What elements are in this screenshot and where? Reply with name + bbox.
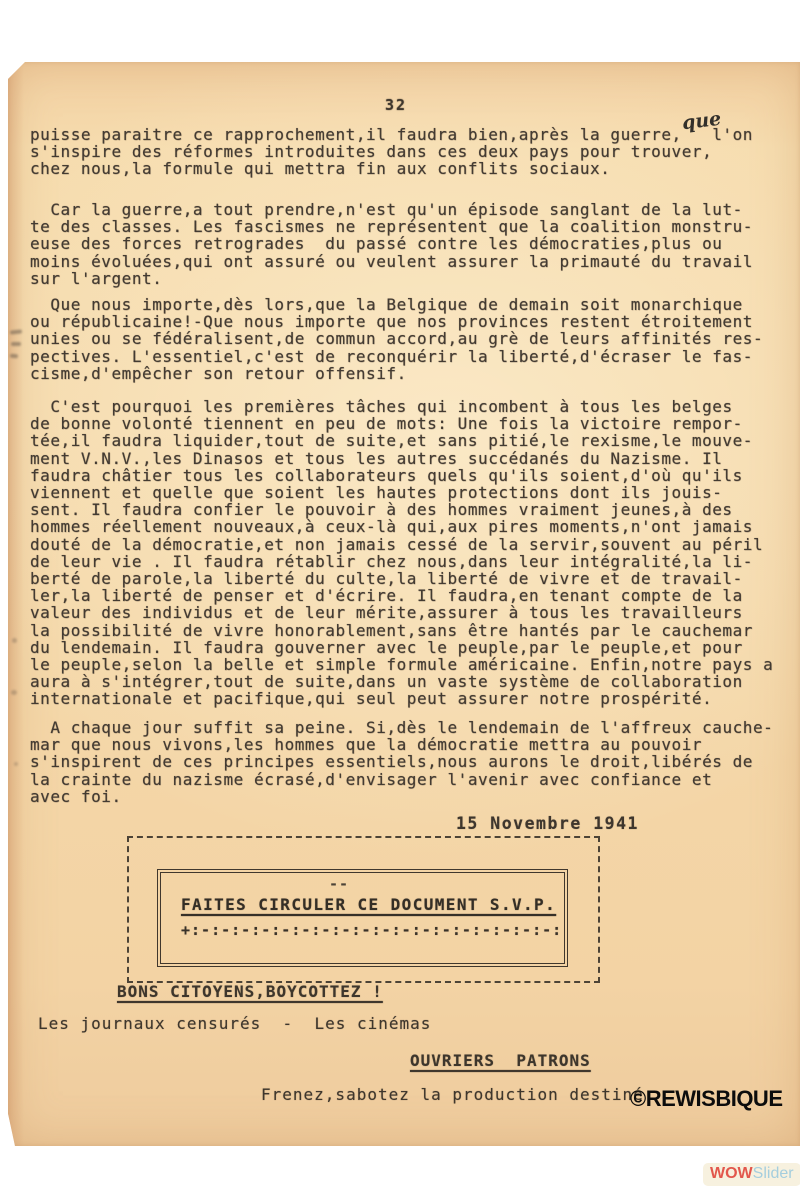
- date-line: 15 Novembre 1941: [456, 814, 639, 833]
- ink-smudge: [10, 354, 18, 359]
- paragraph-5: A chaque jour suffit sa peine. Si,dès le…: [30, 719, 800, 805]
- wowslider-slider-label: Slider: [753, 1165, 794, 1182]
- dash-mark: --: [329, 875, 349, 893]
- censored-items-line: Les journaux censurés - Les cinémas: [38, 1014, 431, 1033]
- ink-smudge: [10, 329, 22, 334]
- ink-smudge: [12, 638, 17, 643]
- wowslider-badge[interactable]: WOWSlider: [703, 1163, 800, 1186]
- paragraph-4: C'est pourquoi les premières tâches qui …: [30, 398, 800, 708]
- paragraph-1: puisse paraitre ce rapprochement,il faud…: [30, 126, 800, 178]
- circulate-heading: FAITES CIRCULER CE DOCUMENT S.V.P.: [181, 895, 556, 914]
- page-number: 32: [385, 96, 407, 114]
- wowslider-wow-label: WOW: [710, 1165, 753, 1182]
- boycott-heading: BONS CITOYENS,BOYCOTTEZ !: [117, 982, 383, 1001]
- paragraph-2: Car la guerre,a tout prendre,n'est qu'un…: [30, 201, 800, 287]
- scanned-document-page: 32 que puisse paraitre ce rapprochement,…: [8, 62, 800, 1146]
- circulate-box-outer: -- FAITES CIRCULER CE DOCUMENT S.V.P. +:…: [127, 836, 600, 983]
- ink-smudge: [11, 342, 21, 346]
- circulate-box-inner: -- FAITES CIRCULER CE DOCUMENT S.V.P. +:…: [157, 869, 568, 967]
- ink-smudge: [14, 762, 18, 766]
- production-line: Frenez,sabotez la production destiné: [261, 1085, 644, 1104]
- paragraph-3: Que nous importe,dès lors,que la Belgiqu…: [30, 296, 800, 382]
- ink-smudge: [11, 690, 17, 695]
- divider-row: +:-:-:-:-:-:-:-:-:-:-:-:-:-:-:-:-:-:-:: [181, 921, 562, 939]
- copyright-watermark: ©REWISBIQUE: [630, 1086, 783, 1112]
- workers-heading: OUVRIERS PATRONS: [410, 1051, 591, 1070]
